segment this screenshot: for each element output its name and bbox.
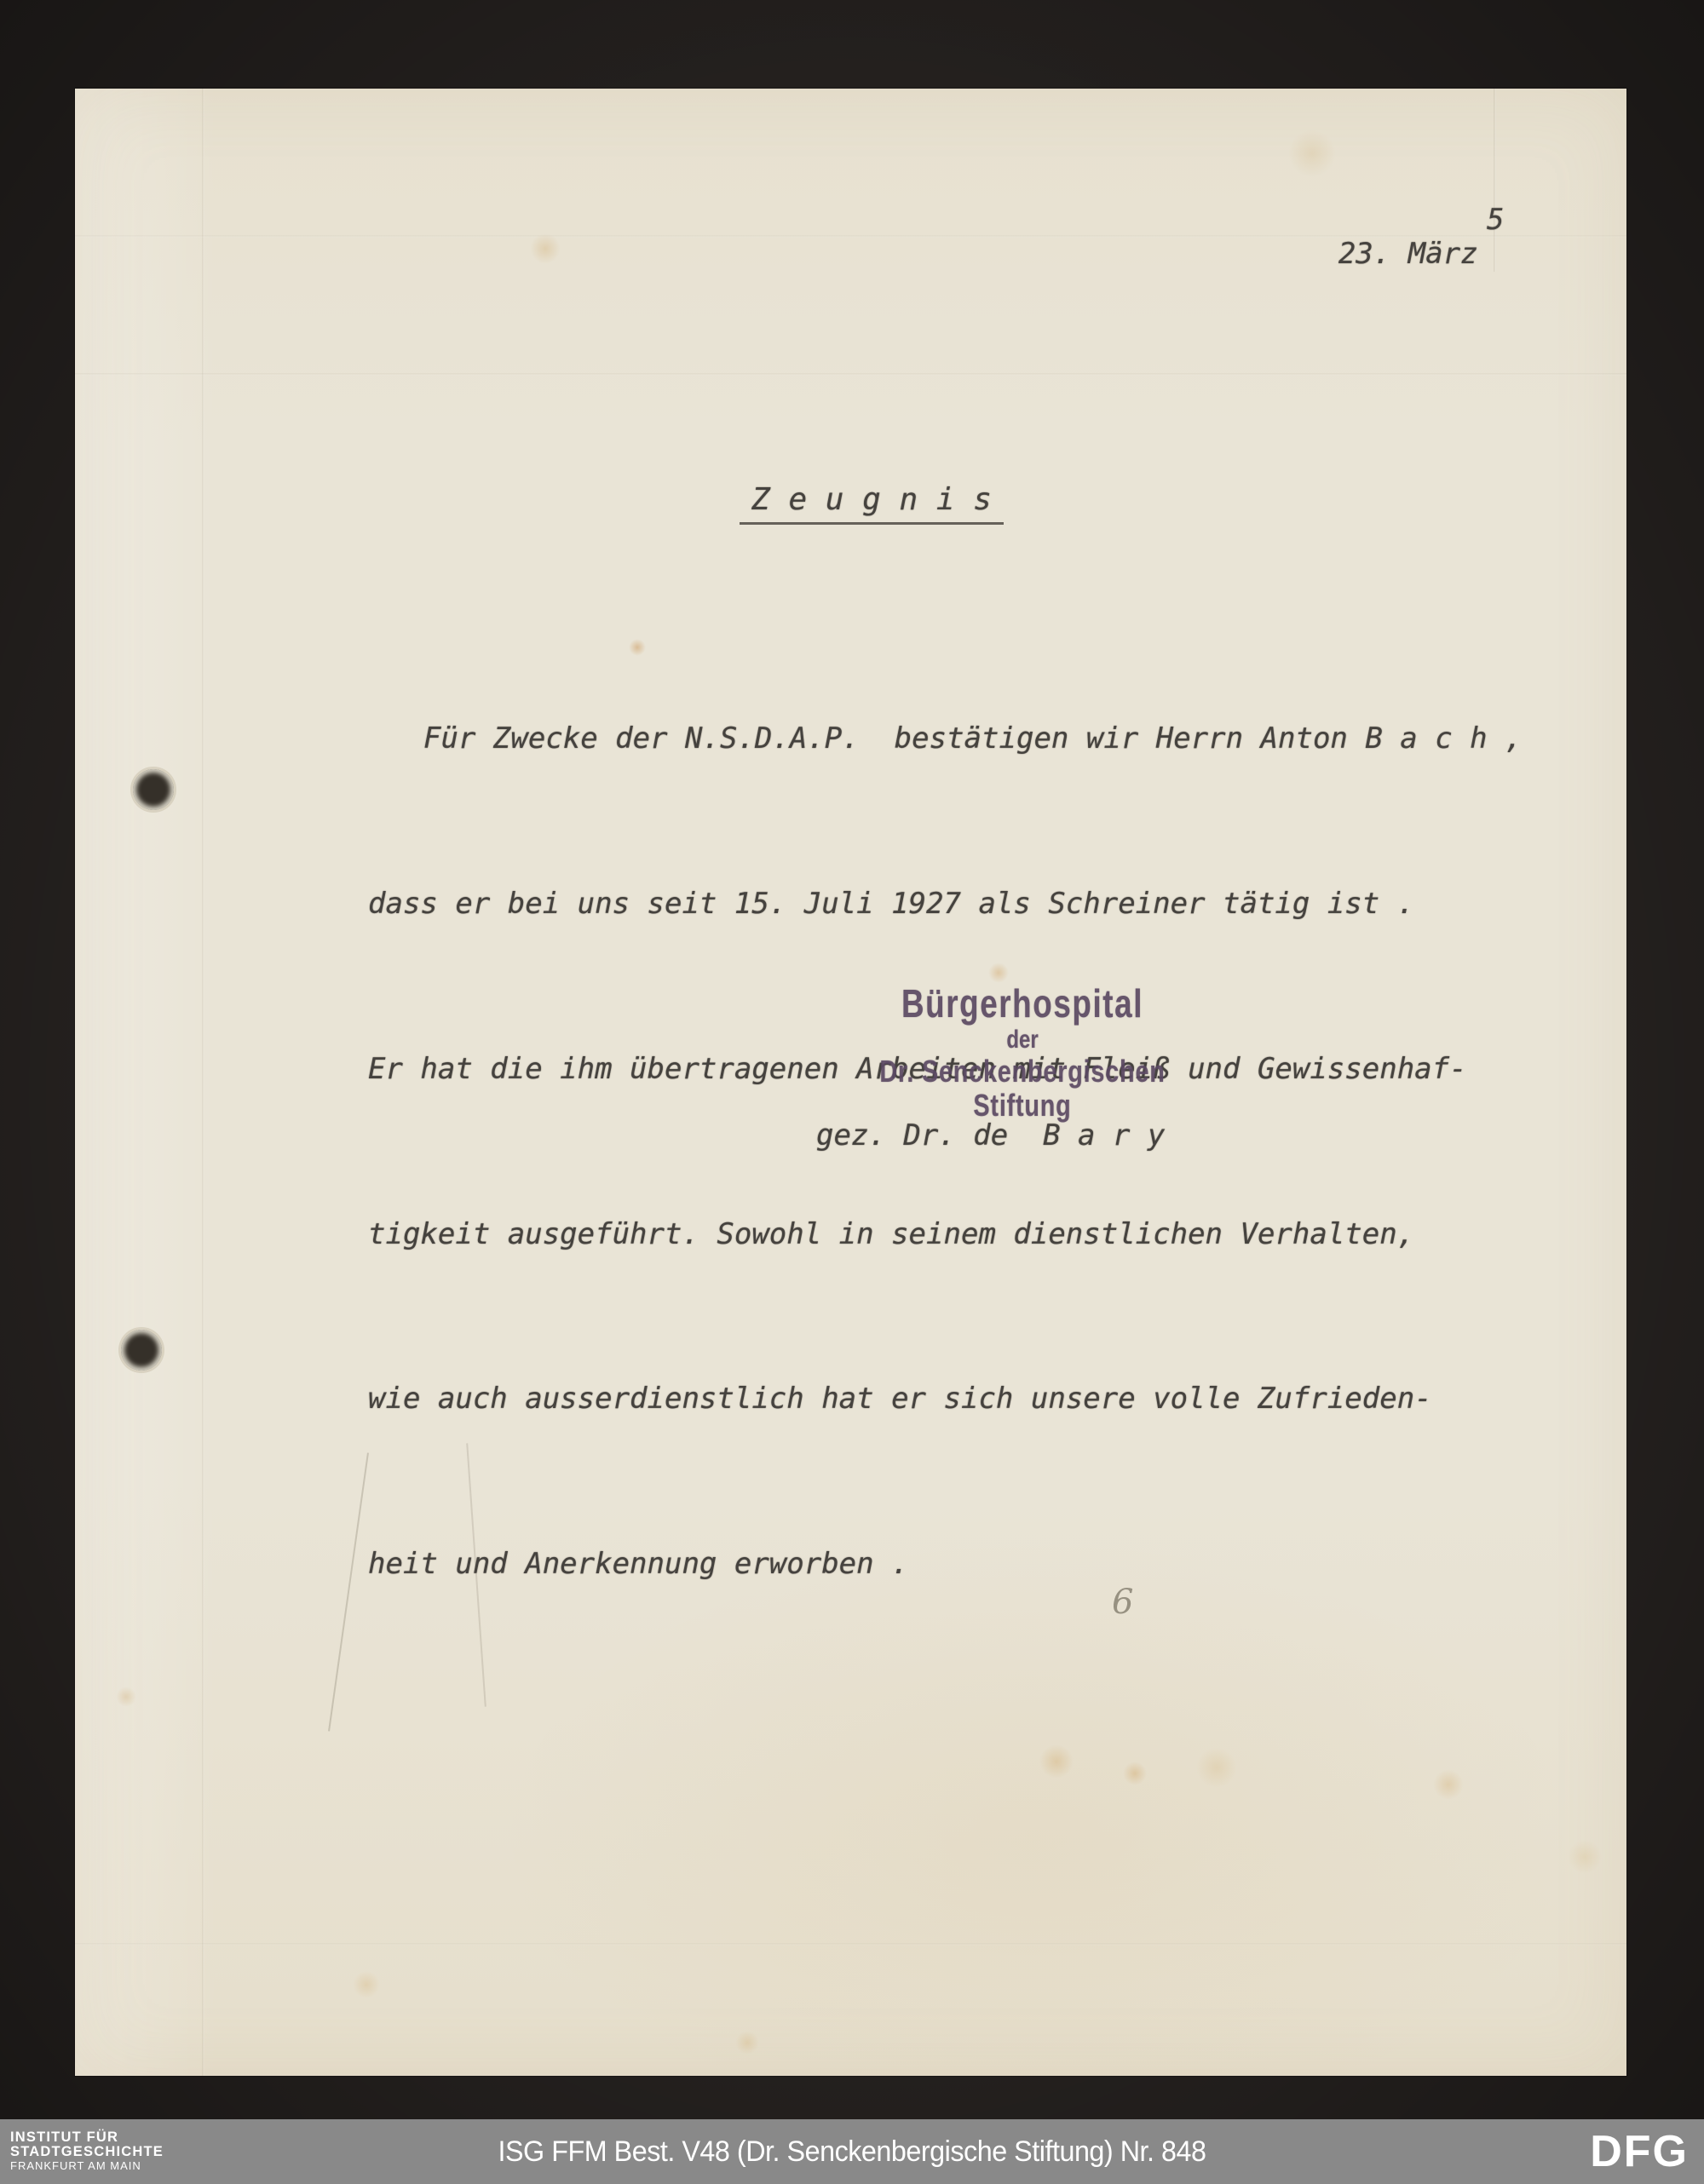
hospital-stamp-text: Bürgerhospital der Dr. Senckenbergischen… — [842, 981, 1203, 1123]
paper-crease-horizontal-top — [75, 373, 1626, 376]
foxing-stain — [1568, 1840, 1602, 1874]
foxing-stain — [353, 1971, 380, 1998]
isg-logo: INSTITUT FÜR STADTGESCHICHTE FRANKFURT A… — [10, 2130, 164, 2172]
stamp-line-3: Dr. Senckenbergischen Stiftung — [842, 1055, 1203, 1123]
signature-line: gez. Dr. de B a r y — [816, 1118, 1165, 1152]
paper-scratch — [328, 1452, 369, 1731]
archive-footer-bar: ISG FFM Best. V48 (Dr. Senckenbergische … — [0, 2119, 1704, 2184]
body-line: wie auch ausserdienstlich hat er sich un… — [368, 1371, 1595, 1427]
body-line: dass er bei uns seit 15. Juli 1927 als S… — [368, 876, 1595, 932]
stamp-line-2: der — [842, 1026, 1203, 1055]
date-text: 23. März — [1338, 237, 1478, 271]
archive-reference: ISG FFM Best. V48 (Dr. Senckenbergische … — [43, 2119, 1661, 2184]
paper-crease-vertical-left — [202, 89, 204, 2076]
foxing-stain — [1433, 1769, 1464, 1800]
document-title: Z e u g n i s — [740, 482, 1004, 525]
punch-hole-top — [133, 769, 174, 810]
date-line: 23. März 5 — [1234, 203, 1478, 339]
body-line: Für Zwecke der N.S.D.A.P. bestätigen wir… — [368, 711, 1595, 767]
pencil-page-number: 6 — [1112, 1583, 1133, 1622]
foxing-stain — [1196, 1747, 1237, 1788]
foxing-stain — [116, 1687, 136, 1707]
body-line: tigkeit ausgeführt. Sowohl in seinem die… — [368, 1207, 1595, 1262]
page-number: 5 — [1487, 203, 1504, 237]
hospital-stamp: Bürgerhospital der Dr. Senckenbergischen… — [797, 981, 1248, 1123]
isg-logo-line-2: STADTGESCHICHTE — [10, 2145, 164, 2159]
document-page: 23. März 5 Z e u g n i s Für Zwecke der … — [75, 89, 1626, 2076]
dfg-logo: DFG — [1590, 2126, 1689, 2177]
foxing-stain — [1288, 129, 1336, 177]
foxing-stain — [1039, 1744, 1074, 1779]
isg-logo-line-3: FRANKFURT AM MAIN — [10, 2160, 164, 2172]
body-line: heit und Anerkennung erworben . — [368, 1537, 1595, 1592]
paper-crease-horizontal-bottom — [75, 1943, 1626, 1945]
stamp-line-1: Bürgerhospital — [842, 981, 1203, 1026]
foxing-stain — [1123, 1762, 1147, 1785]
foxing-stain — [735, 2031, 759, 2055]
archive-scan-viewport: 23. März 5 Z e u g n i s Für Zwecke der … — [0, 0, 1704, 2184]
punch-hole-bottom — [121, 1330, 162, 1371]
foxing-stain — [530, 233, 561, 264]
paper-crease-vertical-top-right — [1494, 89, 1496, 272]
isg-logo-line-1: INSTITUT FÜR — [10, 2130, 164, 2145]
